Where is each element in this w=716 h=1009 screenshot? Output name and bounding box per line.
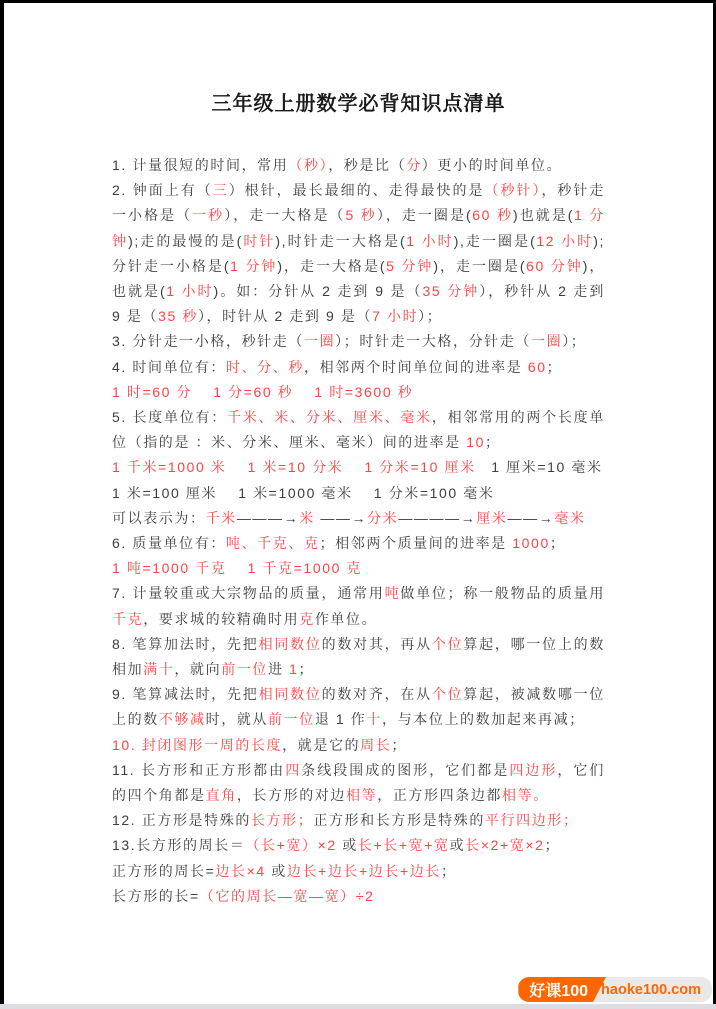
body-text: ；	[391, 737, 407, 753]
paragraph: 6. 质量单位有：吨、千克、克；相邻两个质量间的进率是 1000；	[112, 531, 605, 556]
body-text: ），走一大格是（	[224, 207, 345, 223]
body-text: ；	[547, 359, 563, 375]
body-text: ，长方形的对边	[237, 787, 346, 803]
highlighted-text: 四边形	[509, 762, 557, 778]
body-text: 9. 笔算减法时，先把	[112, 686, 259, 702]
highlighted-text: 克	[299, 611, 315, 627]
paragraph: 1 千米=1000 米 1 米=10 分米 1 分米=10 厘米 1 厘米=10…	[112, 455, 605, 480]
body-text: 的数对其，再从	[322, 636, 432, 652]
body-text: 做单位；称一般物品的质量用	[400, 585, 605, 601]
body-text: ；	[485, 434, 501, 450]
highlighted-text: 周长	[360, 737, 391, 753]
body-text: ————→	[398, 510, 476, 526]
highlighted-text: 个位	[432, 686, 464, 702]
highlighted-text: 60 秒	[472, 207, 513, 223]
paragraph: 8. 笔算加法时，先把相同数位的数对其，再从个位算起，哪一位上的数相加满十，就向…	[112, 632, 605, 682]
body-text: 作单位。	[315, 611, 377, 627]
highlighted-text: （秒针）	[484, 182, 541, 198]
body-text: ；	[545, 837, 561, 853]
highlighted-text: 长+长+宽+宽	[358, 837, 450, 853]
highlighted-text: 米	[299, 510, 315, 526]
body-text: 1 米=100 厘米 1 米=1000 毫米 1 分米=100 毫米	[112, 485, 494, 501]
paragraph: 正方形的周长=边长×4 或边长+边长+边长+边长；	[112, 859, 605, 884]
highlighted-text: 相等。	[502, 787, 549, 803]
highlighted-text: 千米、米、分米、厘米、毫米	[227, 409, 432, 425]
body-text: 12. 正方形是特殊的	[112, 812, 251, 828]
document-body: 1. 计量很短的时间，常用（秒），秒是比（分）更小的时间单位。2. 钟面上有（三…	[112, 153, 605, 909]
body-text: 或	[450, 837, 466, 853]
body-text: ）；	[562, 333, 586, 349]
highlighted-text: 平行四边形；	[485, 812, 579, 828]
body-text: 13.长方形的周长＝	[112, 837, 245, 853]
body-text: 2. 钟面上有（	[112, 182, 213, 198]
paragraph: 长方形的长=（它的周长—宽—宽）÷2	[112, 884, 605, 909]
body-text: ，正方形四条边都	[377, 787, 502, 803]
body-text: ，就向	[174, 661, 221, 677]
body-text: 正方形的周长=	[112, 863, 215, 879]
body-text: ),时针走一大格是(	[275, 233, 406, 249]
haoke100-brand-badge: 好课100	[518, 977, 606, 1002]
highlighted-text: 1 吨=1000 千克 1 千克=1000 克	[112, 560, 362, 576]
highlighted-text: 个位	[432, 636, 464, 652]
highlighted-text: 一秒	[192, 207, 224, 223]
paragraph: 1 米=100 厘米 1 米=1000 毫米 1 分米=100 毫米	[112, 481, 605, 506]
highlighted-text: 1 时=60 分 1 分=60 秒 1 时=3600 秒	[112, 384, 413, 400]
document-page: 三年级上册数学必背知识点清单 1. 计量很短的时间，常用（秒），秒是比（分）更小…	[0, 0, 716, 1009]
highlighted-text: 12 小时	[536, 233, 593, 249]
body-text: 或	[337, 837, 358, 853]
highlighted-text: 四	[285, 762, 301, 778]
highlighted-text: 千米	[206, 510, 237, 526]
highlighted-text: 35 秒	[158, 308, 198, 324]
highlighted-text: 吨	[385, 585, 401, 601]
body-text: 6. 质量单位有：	[112, 535, 226, 551]
body-text: ，要求城的较精确时用	[143, 611, 299, 627]
highlighted-text: 长×2+宽×2	[465, 837, 544, 853]
body-text: 1 厘米=10 毫米	[476, 459, 603, 475]
highlighted-text: 1 千米=1000 米 1 米=10 分米 1 分米=10 厘米	[112, 459, 476, 475]
body-text: 8. 笔算加法时，先把	[112, 636, 259, 652]
body-text: ——→	[508, 510, 555, 526]
body-text: ，秒是比（	[328, 157, 406, 173]
highlighted-text: 60 分钟	[526, 258, 583, 274]
highlighted-text: 边长×4	[215, 863, 265, 879]
body-text: 11. 长方形和正方形都由	[112, 762, 285, 778]
highlighted-text: （它的周长—宽—宽）÷2	[200, 888, 375, 904]
highlighted-text: 1 小时	[406, 233, 453, 249]
body-text: 进	[268, 661, 289, 677]
body-text: 长方形的长=	[112, 888, 200, 904]
body-text: ，与本位上的数加起来再减；	[382, 711, 585, 727]
paragraph: 3. 分针走一小格，秒针走（一圈）；时针走一大格，分针走（一圈）；	[112, 329, 605, 354]
highlighted-text: 相等	[346, 787, 377, 803]
paragraph: 1 吨=1000 千克 1 千克=1000 克	[112, 556, 605, 581]
body-text: ———→	[237, 510, 299, 526]
highlighted-text: 长方形；	[251, 812, 313, 828]
highlighted-text: （秒）	[288, 157, 328, 173]
body-text: 5. 长度单位有：	[112, 409, 227, 425]
highlighted-text: 一圈	[531, 333, 562, 349]
body-text: 退 1 作	[315, 711, 367, 727]
body-text: ，相邻两个时间单位间的进率是	[304, 359, 528, 375]
highlighted-text: 直角	[206, 787, 237, 803]
body-text: )也就是(	[513, 207, 574, 223]
highlighted-text: 前一位	[268, 711, 315, 727]
paragraph: 10. 封闭图形一周的长度，就是它的周长；	[112, 733, 605, 758]
body-text: ；相邻两个质量间的进率是	[320, 535, 513, 551]
body-text: ）；	[418, 308, 442, 324]
highlighted-text: 5 分钟	[386, 258, 433, 274]
body-text: ），走一圈是(	[377, 207, 472, 223]
body-text: 3. 分针走一小格，秒针走（	[112, 333, 304, 349]
highlighted-text: 1 分钟	[230, 258, 277, 274]
body-text: 时，就从	[206, 711, 268, 727]
highlighted-text: 边长+边长+边长+边长	[287, 863, 441, 879]
body-text: 可以表示为：	[112, 510, 206, 526]
paragraph: 5. 长度单位有：千米、米、分米、厘米、毫米，相邻常用的两个长度单位（指的是 ：…	[112, 405, 605, 455]
highlighted-text: 吨、千克、克	[226, 535, 320, 551]
haoke100-logo: 好课100 haoke100.com	[518, 977, 712, 1002]
highlighted-text: 7 小时	[372, 308, 418, 324]
highlighted-text: 35 分钟	[423, 283, 480, 299]
paragraph: 4. 时间单位有：时、分、秒，相邻两个时间单位间的进率是 60；	[112, 355, 605, 380]
body-text: 正方形和长方形是特殊的	[313, 812, 485, 828]
highlighted-text: 5 秒	[345, 207, 376, 223]
highlighted-text: 前一位	[221, 661, 268, 677]
highlighted-text: 10. 封闭图形一周的长度	[112, 737, 282, 753]
body-text: 条线段围成的图形，它们都是	[301, 762, 509, 778]
body-text: ；	[299, 661, 315, 677]
paragraph: 可以表示为：千米———→米 ——→分米————→厘米——→毫米	[112, 506, 605, 531]
paragraph: 11. 长方形和正方形都由四条线段围成的图形，它们都是四边形，它们的四个角都是直…	[112, 758, 605, 808]
highlighted-text: 不够减	[159, 711, 206, 727]
highlighted-text: 60	[528, 359, 547, 375]
highlighted-text: 1	[289, 661, 298, 677]
paragraph: 9. 笔算减法时，先把相同数位的数对齐，在从个位算起，被减数哪一位上的数不够减时…	[112, 682, 605, 732]
highlighted-text: （长+宽）×2	[245, 837, 336, 853]
body-text: 1. 计量很短的时间，常用	[112, 157, 288, 173]
body-text: ，就是它的	[282, 737, 360, 753]
haoke100-url: haoke100.com	[600, 977, 712, 1002]
highlighted-text: 分	[406, 157, 422, 173]
highlighted-text: 相同数位	[259, 686, 322, 702]
paragraph: 1. 计量很短的时间，常用（秒），秒是比（分）更小的时间单位。	[112, 153, 605, 178]
page-title: 三年级上册数学必背知识点清单	[4, 87, 713, 116]
body-text: 的数对齐，在从	[322, 686, 432, 702]
body-text: ）根针，最长最细的、走得最快的是	[229, 182, 485, 198]
highlighted-text: 1 小时	[166, 283, 213, 299]
highlighted-text: 1000	[512, 535, 550, 551]
paragraph: 13.长方形的周长＝（长+宽）×2 或长+长+宽+宽或长×2+宽×2；	[112, 833, 605, 858]
body-text: );走的最慢的是(	[128, 233, 243, 249]
body-text: ），时针从 2 走到 9 是（	[198, 308, 372, 324]
bottom-edge-strip	[0, 1004, 716, 1009]
body-text: ；	[550, 535, 566, 551]
body-text: ）；时针走一大格，分针走（	[335, 333, 531, 349]
highlighted-text: 满十	[143, 661, 174, 677]
body-text: 或	[266, 863, 287, 879]
highlighted-text: 毫米	[554, 510, 585, 526]
paragraph: 12. 正方形是特殊的长方形；正方形和长方形是特殊的平行四边形；	[112, 808, 605, 833]
body-text: ——→	[315, 510, 367, 526]
body-text: ）更小的时间单位。	[422, 157, 562, 173]
highlighted-text: 时、分、秒	[226, 359, 304, 375]
body-text: )。如：分针从 2 走到 9 是（	[214, 283, 423, 299]
highlighted-text: 10	[466, 434, 485, 450]
highlighted-text: 时针	[243, 233, 276, 249]
highlighted-text: 千克	[112, 611, 143, 627]
highlighted-text: 分米	[367, 510, 398, 526]
highlighted-text: 厘米	[476, 510, 507, 526]
highlighted-text: 相同数位	[259, 636, 322, 652]
body-text: )，走一圈是(	[433, 258, 526, 274]
paragraph: 7. 计量较重或大宗物品的质量，通常用吨做单位；称一般物品的质量用千克，要求城的…	[112, 581, 605, 631]
paragraph: 1 时=60 分 1 分=60 秒 1 时=3600 秒	[112, 380, 605, 405]
paragraph: 2. 钟面上有（三）根针，最长最细的、走得最快的是（秒针），秒针走一小格是（一秒…	[112, 178, 605, 329]
body-text: 4. 时间单位有：	[112, 359, 226, 375]
highlighted-text: 三	[213, 182, 229, 198]
highlighted-text: 十	[366, 711, 382, 727]
body-text: ),走一圈是(	[454, 233, 537, 249]
body-text: 7. 计量较重或大宗物品的质量，通常用	[112, 585, 385, 601]
highlighted-text: 一圈	[304, 333, 335, 349]
body-text: )，走一大格是(	[277, 258, 386, 274]
body-text: ；	[441, 863, 457, 879]
